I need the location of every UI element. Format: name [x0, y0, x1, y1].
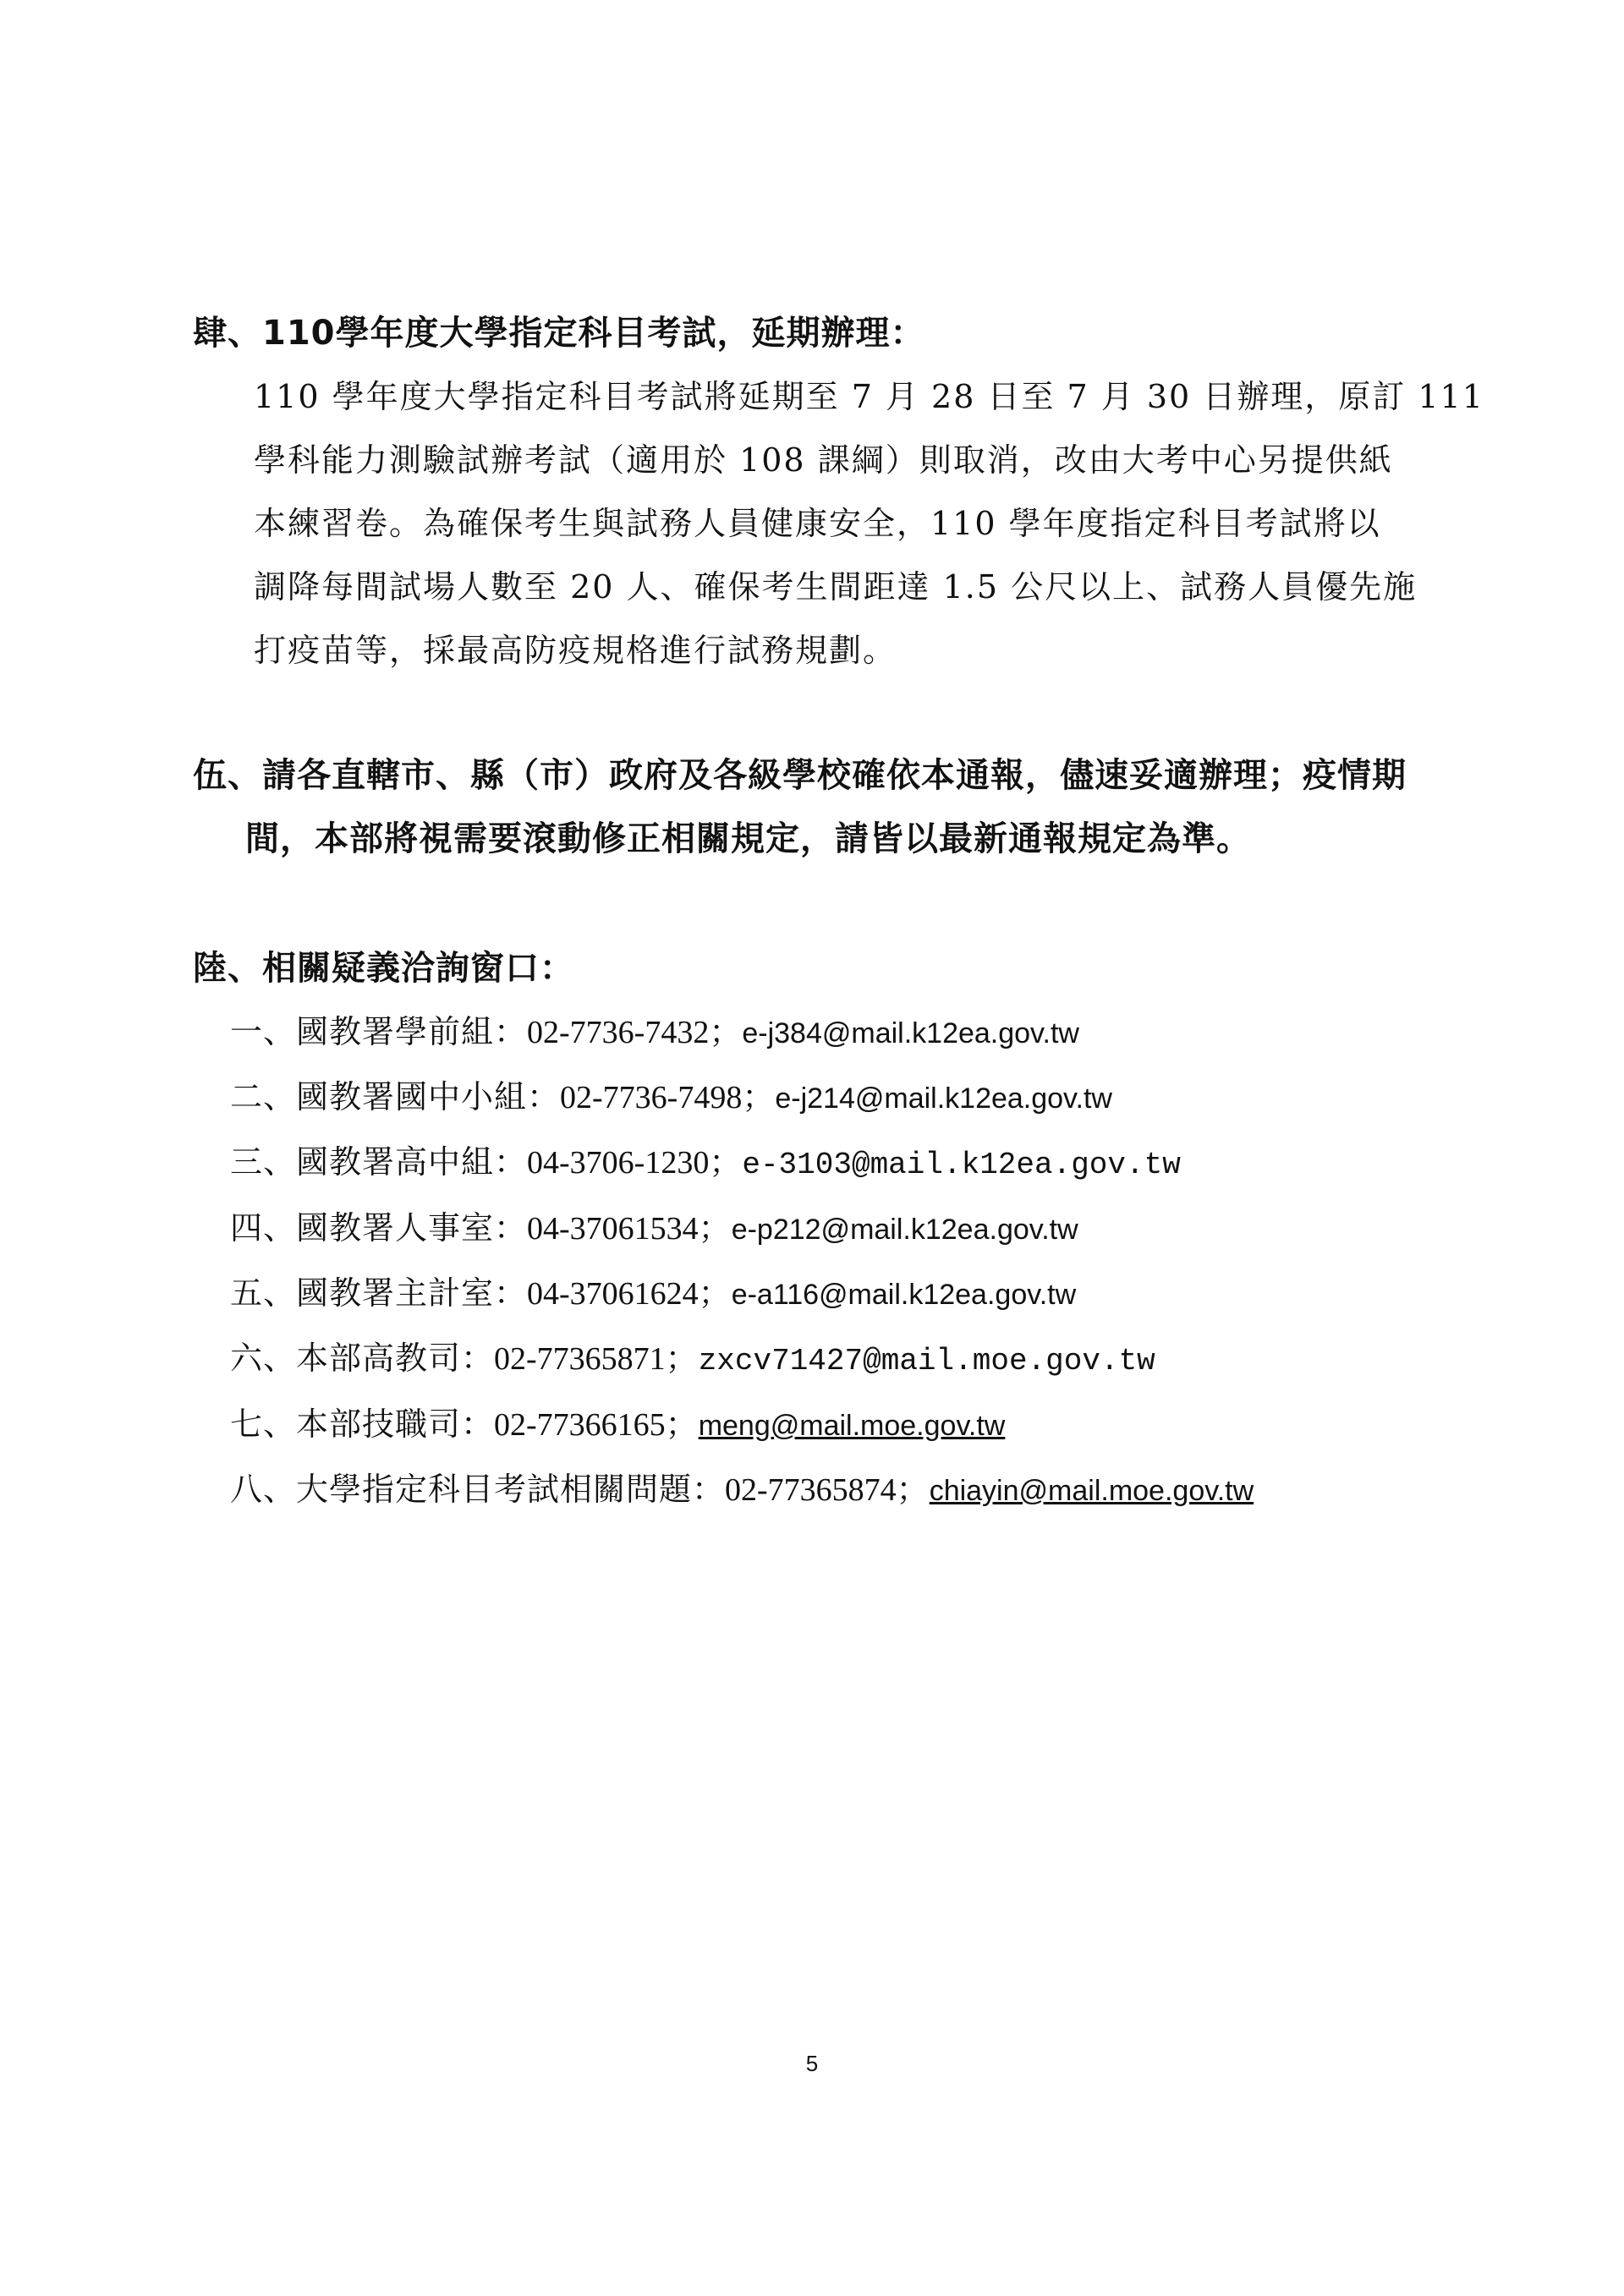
contact-email-link[interactable]: chiayin@mail.moe.gov.tw	[930, 1475, 1254, 1507]
section-four-heading: 肆、110學年度大學指定科目考試，延期辦理：	[193, 302, 925, 365]
contact-email[interactable]: e-3103@mail.k12ea.gov.tw	[742, 1148, 1180, 1182]
contact-phone: 02-77366165	[494, 1407, 666, 1443]
contact-label: 七、本部技職司：	[230, 1406, 494, 1443]
separator: ；	[699, 1274, 732, 1312]
contact-phone: 02-77365871	[494, 1341, 666, 1377]
contact-item-elementary: 二、國教署國中小組：02-7736-7498；e-j214@mail.k12ea…	[230, 1066, 1254, 1131]
contact-phone: 04-37061624	[527, 1276, 699, 1312]
page-number: 5	[0, 2051, 1624, 2077]
contact-label: 三、國教署高中組：	[230, 1143, 527, 1181]
contact-email[interactable]: e-j214@mail.k12ea.gov.tw	[775, 1082, 1112, 1115]
body-line: 110 學年度大學指定科目考試將延期至 7 月 28 日至 7 月 30 日辦理…	[254, 365, 1472, 429]
contact-label: 一、國教署學前組：	[230, 1013, 527, 1050]
contact-email[interactable]: zxcv71427@mail.moe.gov.tw	[699, 1344, 1155, 1378]
contact-email-link[interactable]: meng@mail.moe.gov.tw	[699, 1410, 1006, 1442]
document-page: 肆、110學年度大學指定科目考試，延期辦理： 110 學年度大學指定科目考試將延…	[0, 0, 1624, 2296]
separator: ；	[666, 1406, 699, 1443]
contact-item-higher-education: 六、本部高教司：02-77365871；zxcv71427@mail.moe.g…	[230, 1327, 1254, 1393]
contact-phone: 04-3706-1230	[527, 1145, 709, 1181]
contact-item-personnel: 四、國教署人事室：04-37061534；e-p212@mail.k12ea.g…	[230, 1197, 1254, 1262]
contact-phone: 02-77365874	[725, 1472, 897, 1508]
contact-item-technical-vocational: 七、本部技職司：02-77366165；meng@mail.moe.gov.tw	[230, 1393, 1254, 1458]
contact-label: 五、國教署主計室：	[230, 1274, 527, 1312]
contact-phone: 02-7736-7432	[527, 1015, 709, 1050]
separator: ；	[709, 1143, 742, 1181]
contact-item-exam-questions: 八、大學指定科目考試相關問題：02-77365874；chiayin@mail.…	[230, 1458, 1254, 1523]
separator: ；	[709, 1013, 742, 1050]
body-line: 調降每間試場人數至 20 人、確保考生間距達 1.5 公尺以上、試務人員優先施	[254, 556, 1472, 619]
separator: ；	[897, 1471, 930, 1508]
contact-label: 二、國教署國中小組：	[230, 1078, 560, 1115]
separator: ；	[742, 1078, 775, 1115]
contact-item-accounting: 五、國教署主計室：04-37061624；e-a116@mail.k12ea.g…	[230, 1262, 1254, 1327]
contact-phone: 04-37061534	[527, 1211, 699, 1247]
section-five-line-1: 伍、請各直轄市、縣（市）政府及各級學校確依本通報，儘速妥適辦理；疫情期	[193, 744, 1470, 808]
contact-item-high-school: 三、國教署高中組：04-3706-1230；e-3103@mail.k12ea.…	[230, 1131, 1254, 1197]
section-six-heading: 陸、相關疑義洽詢窗口：	[193, 937, 574, 1000]
section-four-body: 110 學年度大學指定科目考試將延期至 7 月 28 日至 7 月 30 日辦理…	[254, 365, 1472, 682]
contact-email[interactable]: e-p212@mail.k12ea.gov.tw	[732, 1214, 1078, 1246]
section-five-line-2: 間，本部將視需要滾動修正相關規定，請皆以最新通報規定為準。	[193, 808, 1470, 871]
contact-label: 八、大學指定科目考試相關問題：	[230, 1471, 725, 1508]
section-five-heading: 伍、請各直轄市、縣（市）政府及各級學校確依本通報，儘速妥適辦理；疫情期 間，本部…	[193, 744, 1470, 871]
contact-email[interactable]: e-a116@mail.k12ea.gov.tw	[732, 1279, 1076, 1311]
body-line: 本練習卷。為確保考生與試務人員健康安全，110 學年度指定科目考試將以	[254, 492, 1472, 556]
contact-list: 一、國教署學前組：02-7736-7432；e-j384@mail.k12ea.…	[230, 1000, 1254, 1523]
body-line: 學科能力測驗試辦考試（適用於 108 課綱）則取消，改由大考中心另提供紙	[254, 429, 1472, 492]
separator: ；	[666, 1340, 699, 1377]
body-line: 打疫苗等，採最高防疫規格進行試務規劃。	[254, 619, 1472, 682]
separator: ；	[699, 1209, 732, 1247]
contact-item-preschool: 一、國教署學前組：02-7736-7432；e-j384@mail.k12ea.…	[230, 1000, 1254, 1066]
contact-label: 四、國教署人事室：	[230, 1209, 527, 1247]
contact-label: 六、本部高教司：	[230, 1340, 494, 1377]
contact-email[interactable]: e-j384@mail.k12ea.gov.tw	[742, 1017, 1079, 1049]
contact-phone: 02-7736-7498	[560, 1080, 742, 1115]
